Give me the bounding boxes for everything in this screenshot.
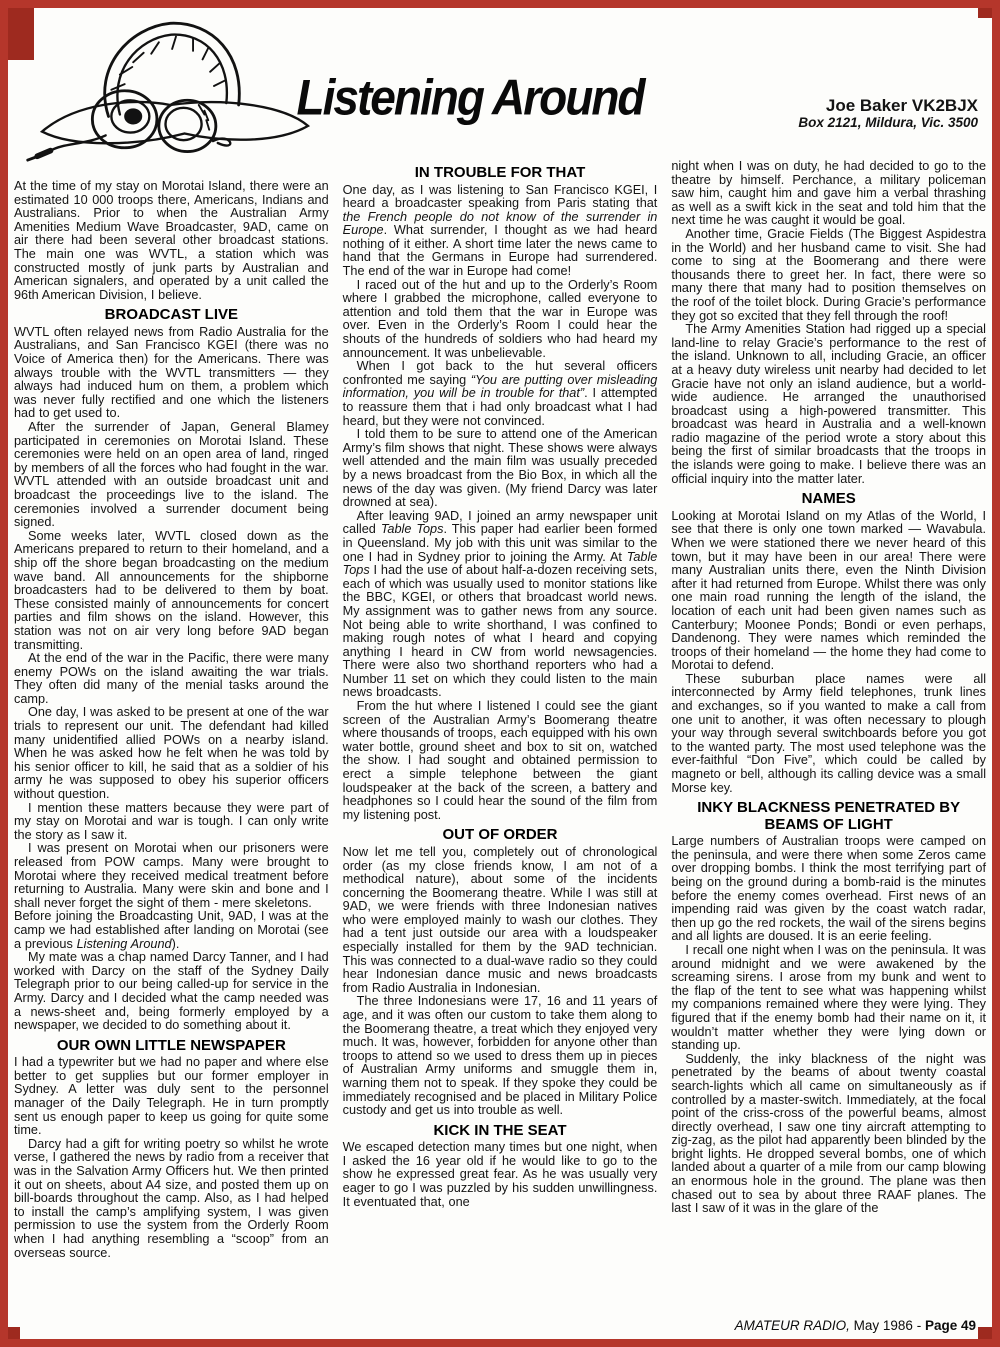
paragraph: I had a typewriter but we had no paper a… [14, 1056, 329, 1138]
section-heading: INKY BLACKNESS PENETRATED BY BEAMS OF LI… [671, 800, 986, 833]
column-2: IN TROUBLE FOR THATOne day, as I was lis… [343, 158, 658, 1260]
article-columns: At the time of my stay on Morotai Island… [8, 158, 992, 1260]
column-3: night when I was on duty, he had decided… [671, 158, 986, 1260]
paragraph: From the hut where I listened I could se… [343, 700, 658, 822]
paragraph: Now let me tell you, completely out of c… [343, 846, 658, 996]
footer-magazine-name: AMATEUR RADIO, [735, 1318, 850, 1333]
paragraph: At the end of the war in the Pacific, th… [14, 652, 329, 706]
paragraph: After the surrender of Japan, General Bl… [14, 421, 329, 530]
paragraph: I recall one night when I was on the pen… [671, 944, 986, 1053]
paragraph: These suburban place names were all inte… [671, 673, 986, 795]
footer-page-number: Page 49 [925, 1318, 976, 1333]
paragraph: I raced out of the hut and up to the Ord… [343, 279, 658, 361]
page-header: Listening Around Joe Baker VK2BJX Box 21… [8, 8, 992, 158]
paragraph: My mate was a chap named Darcy Tanner, a… [14, 951, 329, 1033]
frame-corner-top-right [978, 8, 992, 18]
paragraph: Before joining the Broadcasting Unit, 9A… [14, 910, 329, 951]
author-address: Box 2121, Mildura, Vic. 3500 [798, 115, 978, 131]
frame-corner-bottom-left [8, 1327, 20, 1339]
magazine-page: Listening Around Joe Baker VK2BJX Box 21… [8, 8, 992, 1339]
paragraph: Suddenly, the inky blackness of the nigh… [671, 1053, 986, 1216]
page-title: Listening Around [296, 68, 643, 126]
section-heading: KICK IN THE SEAT [343, 1123, 658, 1140]
paragraph: Another time, Gracie Fields (The Biggest… [671, 228, 986, 323]
paragraph: We escaped detection many times but one … [343, 1141, 658, 1209]
column-1: At the time of my stay on Morotai Island… [14, 158, 329, 1260]
paragraph: After leaving 9AD, I joined an army news… [343, 510, 658, 700]
paragraph: The three Indonesians were 17, 16 and 11… [343, 995, 658, 1117]
paragraph: Looking at Morotai Island on my Atlas of… [671, 510, 986, 673]
paragraph: I mention these matters because they wer… [14, 802, 329, 843]
footer-issue: May 1986 - [850, 1318, 925, 1333]
paragraph: At the time of my stay on Morotai Island… [14, 180, 329, 302]
paragraph: Large numbers of Australian troops were … [671, 835, 986, 944]
byline: Joe Baker VK2BJX Box 2121, Mildura, Vic.… [798, 96, 978, 131]
section-heading: NAMES [671, 491, 986, 508]
paragraph: WVTL often relayed news from Radio Austr… [14, 326, 329, 421]
paragraph: I told them to be sure to attend one of … [343, 428, 658, 510]
paragraph: Darcy had a gift for writing poetry so w… [14, 1138, 329, 1260]
frame-corner-top-left [8, 8, 34, 60]
frame-corner-bottom-right [978, 1327, 992, 1339]
paragraph: One day, as I was listening to San Franc… [343, 184, 658, 279]
paragraph: The Army Amenities Station had rigged up… [671, 323, 986, 486]
paragraph: When I got back to the hut several offic… [343, 360, 658, 428]
page-footer: AMATEUR RADIO, May 1986 - Page 49 [735, 1318, 976, 1333]
paragraph: night when I was on duty, he had decided… [671, 160, 986, 228]
paragraph: Some weeks later, WVTL closed down as th… [14, 530, 329, 652]
paragraph: One day, I was asked to be present at on… [14, 706, 329, 801]
section-heading: IN TROUBLE FOR THAT [343, 165, 658, 182]
author-name: Joe Baker VK2BJX [798, 96, 978, 115]
section-heading: OUT OF ORDER [343, 827, 658, 844]
section-heading: OUR OWN LITTLE NEWSPAPER [14, 1038, 329, 1055]
paragraph: I was present on Morotai when our prison… [14, 842, 329, 910]
page-frame: Listening Around Joe Baker VK2BJX Box 21… [0, 0, 1000, 1347]
headphones-icon [10, 10, 340, 162]
section-heading: BROADCAST LIVE [14, 307, 329, 324]
